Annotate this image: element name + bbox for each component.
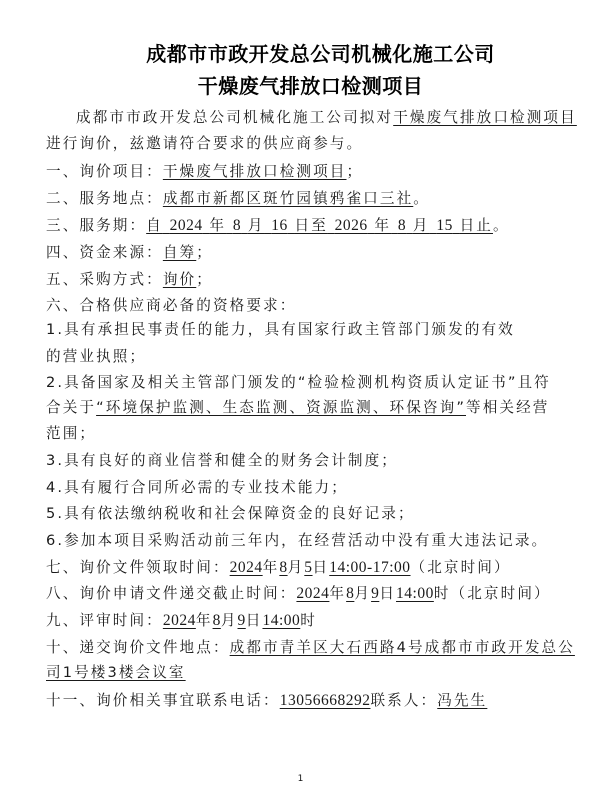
section-label: 三、服务期：: [46, 217, 146, 234]
section-11: 十一、询价相关事宜联系电话：13056668292联系人：冯先生: [46, 691, 487, 711]
requirement-1-line1: 1.具有承担民事责任的能力，具有国家行政主管部门颁发的有效: [46, 320, 515, 340]
requirement-2-line3: 范围；: [46, 424, 96, 444]
day: 9: [238, 612, 246, 629]
text: 合关于: [46, 399, 96, 416]
requirement-3: 3.具有良好的商业信誉和健全的财务会计制度；: [46, 451, 398, 471]
timezone-note: （北京时间）: [411, 559, 511, 576]
document-title-line2: 干燥废气排放口检测项目: [10, 70, 601, 99]
requirement-4: 4.具有履行合同所必需的专业技术能力；: [46, 478, 348, 498]
time: 14:00-17:00: [329, 559, 410, 576]
year: 2024: [296, 585, 329, 602]
intro-line2: 进行询价，兹邀请符合要求的供应商参与。: [46, 134, 363, 154]
punctuation: ；: [196, 244, 213, 261]
section-label: 七、询价文件领取时间：: [46, 559, 230, 576]
timezone-note: （北京时间）: [451, 585, 551, 602]
section-9: 九、评审时间：2024年8月9日14:00时: [46, 611, 317, 631]
section-1: 一、询价项目：干燥废气排放口检测项目；: [46, 162, 363, 182]
section-7: 七、询价文件领取时间：2024年8月5日14:00-17:00（北京时间）: [46, 558, 511, 578]
section-10-line1: 十、递交询价文件地点：成都市青羊区大石西路4号成都市市政开发总公: [46, 638, 575, 658]
punctuation: 。: [493, 217, 510, 234]
service-period: 自 2024 年 8 月 16 日至 2026 年 8 月 15 日止: [146, 217, 493, 234]
punctuation: 。: [413, 190, 430, 207]
business-scope: “环境保护监测、生态监测、资源监测、环保咨询”: [96, 399, 466, 416]
month: 8: [213, 612, 221, 629]
procurement-method: 询价: [163, 271, 196, 288]
text: 等相关经营: [466, 399, 549, 416]
section-label: 十、递交询价文件地点：: [46, 639, 230, 656]
month: 8: [279, 559, 287, 576]
section-6-heading: 六、合格供应商必备的资格要求：: [46, 296, 296, 316]
section-label: 十一、询价相关事宜联系电话：: [46, 692, 280, 709]
requirement-6: 6.参加本项目采购活动前三年内，在经营活动中没有重大违法记录。: [46, 531, 548, 551]
punctuation: ；: [347, 163, 364, 180]
year: 2024: [163, 612, 196, 629]
document-title-line1: 成都市市政开发总公司机械化施工公司: [20, 38, 601, 67]
section-3: 三、服务期：自 2024 年 8 月 16 日至 2026 年 8 月 15 日…: [46, 216, 510, 236]
service-location: 成都市新都区斑竹园镇鸦雀口三社: [163, 190, 413, 207]
section-label: 一、询价项目：: [46, 163, 163, 180]
requirement-2-line2: 合关于“环境保护监测、生态监测、资源监测、环保咨询”等相关经营: [46, 398, 549, 418]
section-label: 四、资金来源：: [46, 244, 163, 261]
year: 2024: [230, 559, 263, 576]
section-2: 二、服务地点：成都市新都区斑竹园镇鸦雀口三社。: [46, 189, 430, 209]
time: 14:00: [396, 585, 434, 602]
intro-line1: 成都市市政开发总公司机械化施工公司拟对干燥废气排放口检测项目: [76, 108, 577, 128]
time: 14:00: [262, 612, 300, 629]
requirement-2-line1: 2.具备国家及相关主管部门颁发的“检验检测机构资质认定证书”且符: [46, 373, 551, 393]
contact-person: 冯先生: [437, 692, 487, 709]
contact-label: 联系人：: [370, 692, 437, 709]
section-10-line2: 司1号楼3楼会议室: [46, 663, 186, 683]
day: 5: [304, 559, 312, 576]
project-value: 干燥废气排放口检测项目: [163, 163, 347, 180]
contact-phone: 13056668292: [280, 692, 371, 709]
funding-source: 自筹: [163, 244, 196, 261]
section-label: 八、询价申请文件递交截止时间：: [46, 585, 296, 602]
submission-address-cont: 司1号楼3楼会议室: [46, 664, 186, 681]
project-name: 干燥废气排放口检测项目: [393, 109, 577, 126]
section-4: 四、资金来源：自筹；: [46, 243, 213, 263]
page-number: 1: [0, 774, 601, 784]
intro-text: 成都市市政开发总公司机械化施工公司拟对: [76, 109, 393, 126]
requirement-5: 5.具有依法缴纳税收和社会保障资金的良好记录；: [46, 504, 415, 524]
punctuation: ；: [196, 271, 213, 288]
requirement-1-line2: 的营业执照；: [46, 347, 146, 367]
section-label: 五、采购方式：: [46, 271, 163, 288]
section-label: 九、评审时间：: [46, 612, 163, 629]
section-label: 二、服务地点：: [46, 190, 163, 207]
section-8: 八、询价申请文件递交截止时间：2024年8月9日14:00时（北京时间）: [46, 584, 551, 604]
section-5: 五、采购方式：询价；: [46, 270, 213, 290]
submission-address: 成都市青羊区大石西路4号成都市市政开发总公: [230, 639, 575, 656]
